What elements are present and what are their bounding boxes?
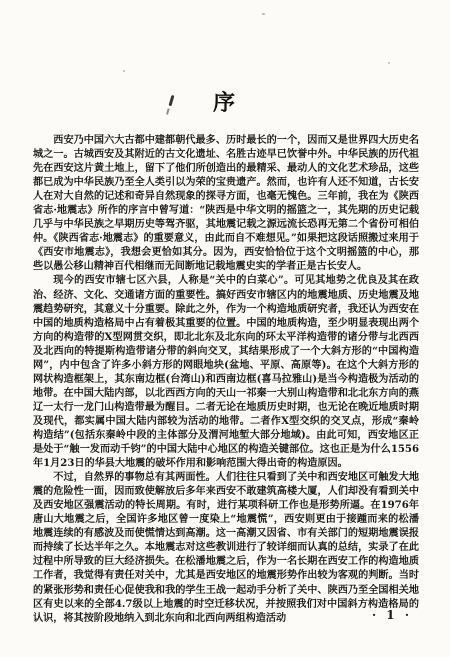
scan-speck [123, 70, 125, 72]
scan-speck [388, 62, 390, 64]
page-number: · 1 · [372, 608, 412, 622]
preface-text: 西安乃中国六大古都中建都朝代最多、历时最长的一个，因而又是世界四大历史名城之一。… [33, 133, 419, 625]
paragraph: 不过，自然界的事物总有其两面性。人们往往只看到了关中和西安地区可触发大地震的危险… [33, 470, 419, 625]
paragraph: 现今的西安市辖七区六县，人称是“关中的白菜心”。可见其地势之优良及其在政治、经济… [33, 273, 419, 470]
page-title: 序 [0, 86, 450, 117]
scan-speck [262, 13, 265, 15]
paragraph: 西安乃中国六大古都中建都朝代最多、历时最长的一个，因而又是世界四大历史名城之一。… [33, 133, 419, 273]
book-page: 序 西安乃中国六大古都中建都朝代最多、历时最长的一个，因而又是世界四大历史名城之… [0, 0, 450, 657]
